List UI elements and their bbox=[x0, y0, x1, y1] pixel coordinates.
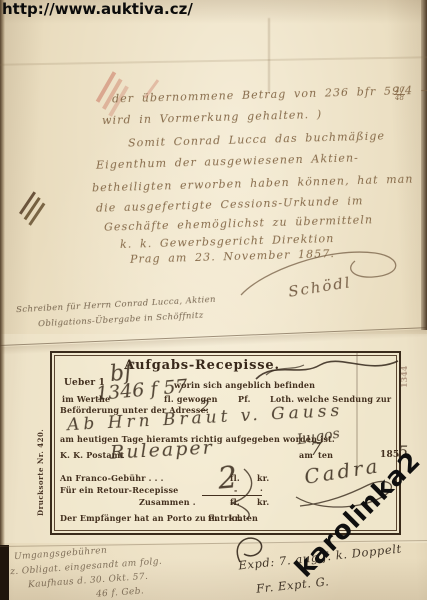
letter-line: wird in Vormerkung gehalten. ) bbox=[102, 108, 323, 127]
fraction-denominator: 48 bbox=[394, 95, 405, 102]
margin-hash-mark bbox=[19, 191, 36, 214]
fee-label: Für ein Retour-Recepisse bbox=[60, 485, 178, 495]
form-label-ten: ten bbox=[318, 450, 333, 460]
scanned-document-photo: der übernommene Betrag von 236 bfr 59/4 … bbox=[0, 0, 427, 600]
horizontal-crease bbox=[0, 56, 427, 65]
signature-flourish bbox=[233, 243, 413, 305]
pencil-note-line: 46 f. Geb. bbox=[96, 586, 145, 599]
letter-line: Eigenthum der ausgewiesenen Aktien- bbox=[96, 151, 359, 171]
pencil-number-mark: 1344 bbox=[399, 352, 409, 388]
vertical-fold-crease bbox=[268, 18, 270, 92]
letter-line: betheiligten erworben haben können, hat … bbox=[92, 173, 414, 195]
photo-left-edge bbox=[0, 0, 5, 600]
letter-line: die ausgefertigte Cessions-Urkunde im bbox=[96, 194, 364, 214]
amount-fraction: 20 48 bbox=[394, 87, 405, 102]
letter-line: Somit Conrad Lucca das buchmäßige bbox=[128, 129, 385, 149]
fee-label: An Franco-Gebühr . . . bbox=[60, 473, 164, 483]
annotation-line: Obligations-Übergabe in Schöffnitz bbox=[38, 311, 204, 330]
ink-note-line: Fr. Expt. G. bbox=[255, 574, 329, 596]
letter-line: Geschäfte ehemöglichst zu übermitteln bbox=[104, 213, 373, 234]
photo-corner-shadow bbox=[0, 545, 9, 600]
photo-right-edge bbox=[421, 0, 427, 330]
form-label-pf: Pf. bbox=[238, 394, 251, 404]
sender-flourish bbox=[252, 355, 402, 387]
pencil-note-line: Umgangsgebühren bbox=[14, 546, 108, 562]
fee-label: Zusammen . bbox=[139, 497, 196, 507]
drucksorte-margin-label: Drucksorte Nr. 420. bbox=[36, 430, 45, 516]
fee-bracket-flourish bbox=[202, 465, 262, 520]
auction-site-url-watermark: http://www.auktiva.cz/ bbox=[2, 0, 193, 18]
